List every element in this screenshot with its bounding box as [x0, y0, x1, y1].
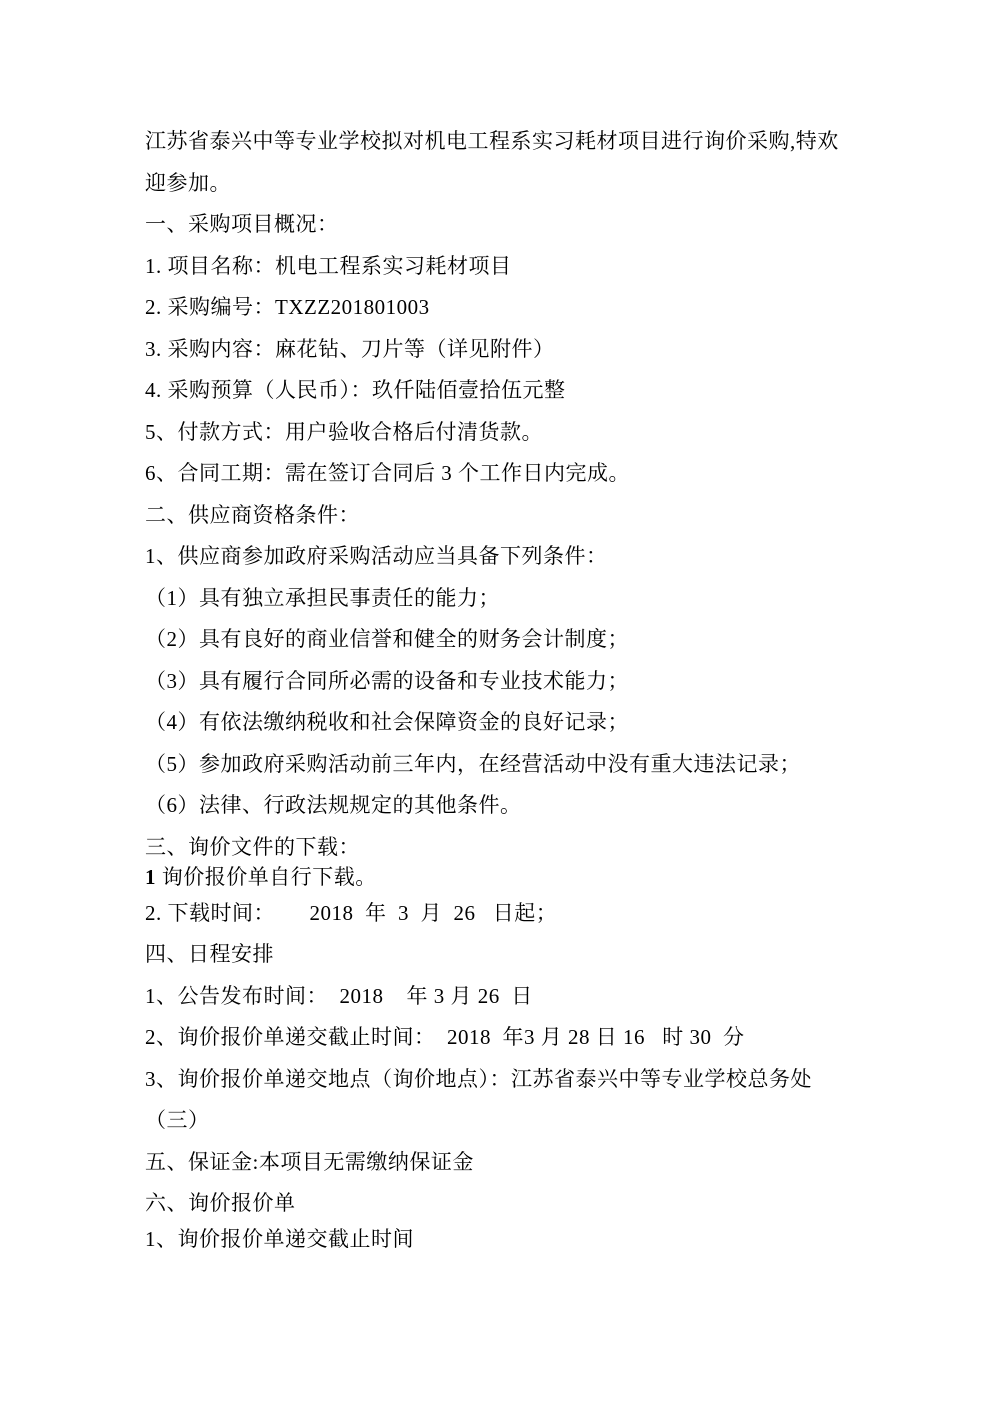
download-item-1-text: 询价报价单自行下载。 — [156, 865, 377, 889]
quote-deadline-item: 2、询价报价单递交截止时间： 2018 年3 月 28 日 16 时 30 分 — [145, 1017, 862, 1059]
download-item-1-number: 1 — [145, 865, 156, 889]
section-5-heading: 五、保证金:本项目无需缴纳保证金 — [145, 1142, 862, 1184]
quote-location-item-wrap: （三） — [145, 1100, 862, 1142]
section-4-heading: 四、日程安排 — [145, 934, 862, 976]
project-name-item: 1. 项目名称：机电工程系实习耗材项目 — [145, 246, 862, 288]
intro-paragraph-line-1: 江苏省泰兴中等专业学校拟对机电工程系实习耗材项目进行询价采购,特欢 — [145, 121, 862, 163]
quote-location-item: 3、询价报价单递交地点（询价地点）：江苏省泰兴中等专业学校总务处 — [145, 1059, 862, 1101]
quote-deadline-subitem: 1、询价报价单递交截止时间 — [145, 1219, 862, 1261]
payment-method-item: 5、付款方式：用户验收合格后付清货款。 — [145, 412, 862, 454]
condition-item-1: （1）具有独立承担民事责任的能力； — [145, 578, 862, 620]
condition-item-5: （5）参加政府采购活动前三年内，在经营活动中没有重大违法记录； — [145, 744, 862, 786]
condition-item-2: （2）具有良好的商业信誉和健全的财务会计制度； — [145, 619, 862, 661]
condition-item-4: （4）有依法缴纳税收和社会保障资金的良好记录； — [145, 702, 862, 744]
supplier-conditions-intro: 1、供应商参加政府采购活动应当具备下列条件： — [145, 536, 862, 578]
contract-period-item: 6、合同工期：需在签订合同后 3 个工作日内完成。 — [145, 453, 862, 495]
condition-item-3: （3）具有履行合同所必需的设备和专业技术能力； — [145, 661, 862, 703]
procurement-number-item: 2. 采购编号：TXZZ201801003 — [145, 287, 862, 329]
announce-time-item: 1、公告发布时间： 2018 年 3 月 26 日 — [145, 976, 862, 1018]
intro-paragraph-line-2: 迎参加。 — [145, 163, 862, 205]
procurement-budget-item: 4. 采购预算（人民币）：玖仟陆佰壹拾伍元整 — [145, 370, 862, 412]
section-1-heading: 一、采购项目概况： — [145, 204, 862, 246]
download-time-item: 2. 下载时间： 2018 年 3 月 26 日起； — [145, 893, 862, 935]
document-page: 江苏省泰兴中等专业学校拟对机电工程系实习耗材项目进行询价采购,特欢 迎参加。 一… — [0, 0, 992, 1403]
procurement-content-item: 3. 采购内容：麻花钻、刀片等（详见附件） — [145, 329, 862, 371]
condition-item-6: （6）法律、行政法规规定的其他条件。 — [145, 785, 862, 827]
section-2-heading: 二、供应商资格条件： — [145, 495, 862, 537]
